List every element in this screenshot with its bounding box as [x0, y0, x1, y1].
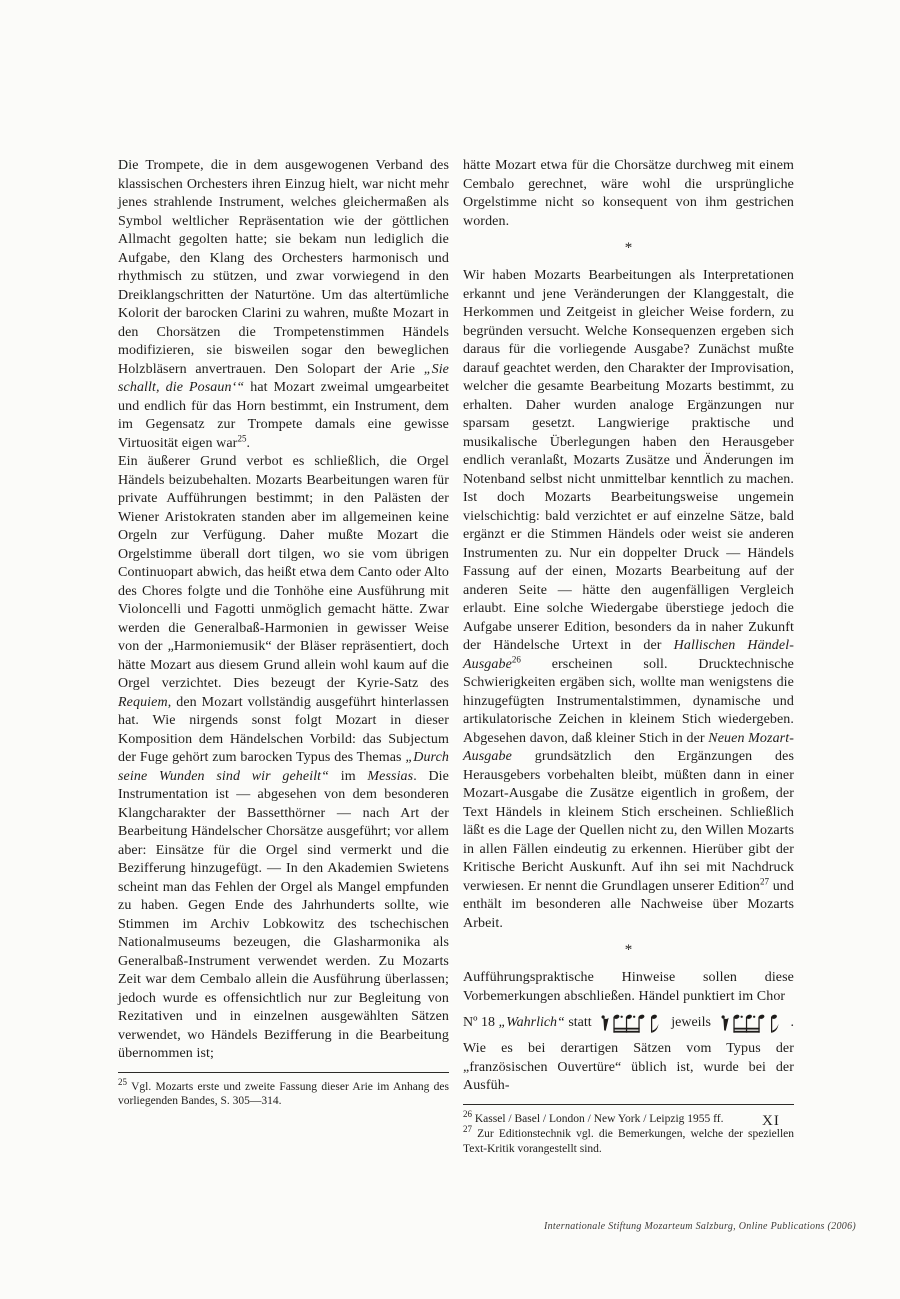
footnote-rule — [463, 1104, 794, 1105]
section-separator: * — [463, 943, 794, 957]
text-columns: Die Trompete, die in dem ausgewogenen Ve… — [118, 157, 794, 1157]
paragraph: Wie es bei derartigen Sätzen vom Typus d… — [463, 1040, 794, 1096]
footnote: 25 Vgl. Mozarts erste und zweite Fassung… — [118, 1080, 449, 1109]
asterisk: * — [625, 942, 633, 958]
music-line-text-before: Nº 18 „Wahrlich“ statt — [463, 1014, 592, 1033]
section-separator: * — [463, 241, 794, 255]
footer-credit: Internationale Stiftung Mozarteum Salzbu… — [544, 1221, 856, 1232]
column-right: hätte Mozart etwa für die Chorsätze durc… — [463, 157, 794, 1157]
paragraph: Wir haben Mozarts Bearbeitungen als Inte… — [463, 267, 794, 933]
footnote: 27 Zur Editionstechnik vgl. die Bemerkun… — [463, 1127, 794, 1156]
music-notation-icon — [600, 1011, 662, 1036]
paragraph: Die Trompete, die in dem ausgewogenen Ve… — [118, 157, 449, 453]
paragraph: Ein äußerer Grund verbot es schließlich,… — [118, 453, 449, 1064]
paragraph: hätte Mozart etwa für die Chorsätze durc… — [463, 157, 794, 231]
music-example-line: Nº 18 „Wahrlich“ statt — [463, 1011, 794, 1036]
music-notation-icon — [720, 1011, 782, 1036]
column-left: Die Trompete, die in dem ausgewogenen Ve… — [118, 157, 449, 1157]
music-line-text-between: jeweils — [671, 1014, 711, 1033]
page-number: XI — [762, 1113, 780, 1130]
music-line-text-after: . — [790, 1014, 794, 1033]
paragraph: Aufführungspraktische Hinweise sollen di… — [463, 969, 794, 1006]
footnote-rule — [118, 1072, 449, 1073]
document-page: Die Trompete, die in dem ausgewogenen Ve… — [0, 0, 900, 1299]
asterisk: * — [625, 240, 633, 256]
footnote: 26 Kassel / Basel / London / New York / … — [463, 1112, 794, 1127]
